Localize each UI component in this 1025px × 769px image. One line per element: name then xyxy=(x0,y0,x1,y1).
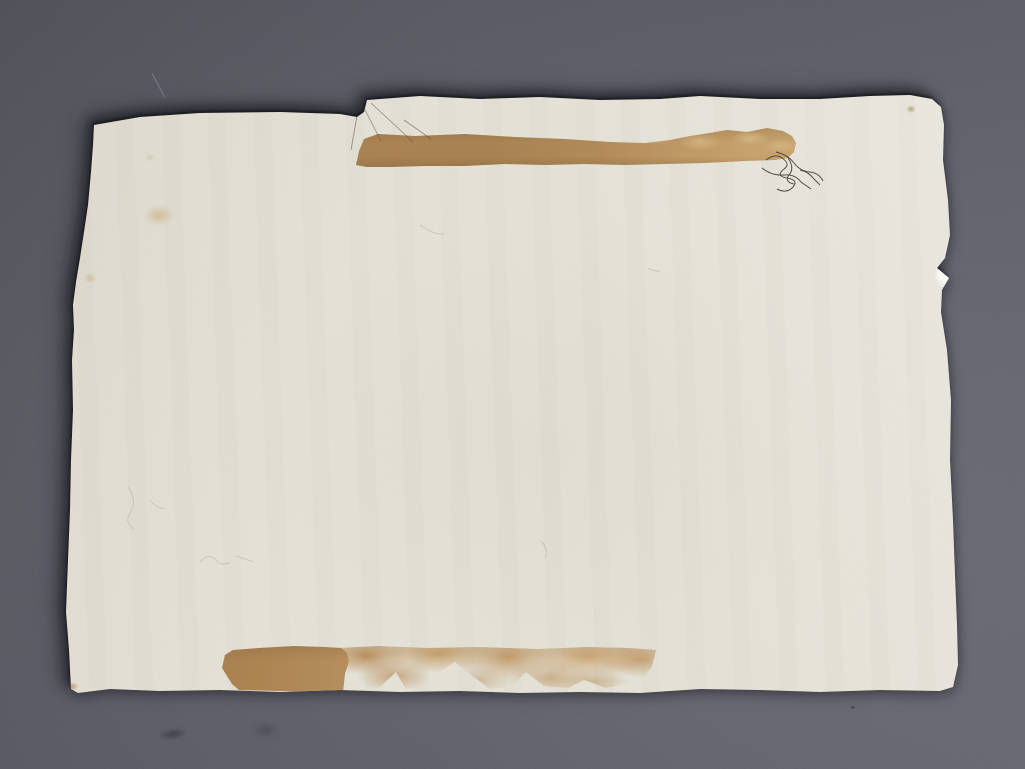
foxing-stain xyxy=(906,105,916,113)
foxing-stain xyxy=(84,273,96,283)
tape-remnant-bottom xyxy=(219,644,352,693)
edge-chip-highlight xyxy=(935,265,952,287)
foxing-stain xyxy=(146,154,155,161)
paper-sheet xyxy=(0,0,1025,769)
paper-cast-shadow xyxy=(0,0,1025,769)
tape-residue-bottom xyxy=(338,644,658,693)
tape-strip-top xyxy=(355,126,799,170)
foxing-stain xyxy=(65,682,79,691)
foxing-stain xyxy=(144,205,174,226)
photograph xyxy=(0,0,1025,769)
